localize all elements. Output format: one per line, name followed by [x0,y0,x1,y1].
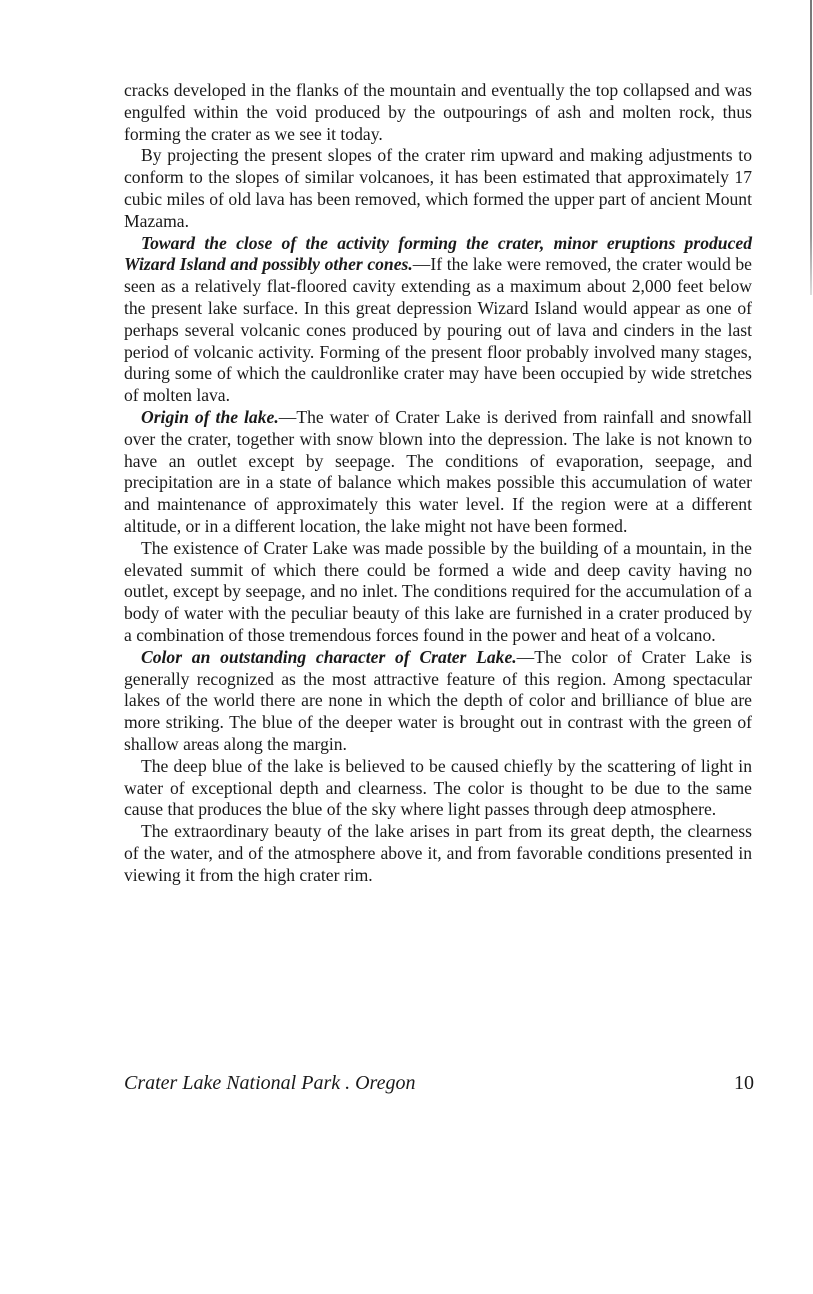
paragraph-crater-formation: cracks developed in the flanks of the mo… [124,80,752,145]
paragraph-origin-of-lake: Origin of the lake.—The water of Crater … [124,407,752,538]
paragraph-deep-blue: The deep blue of the lake is believed to… [124,756,752,821]
paragraph-heading: Color an outstanding character of Crater… [141,647,517,667]
paragraph-text: —If the lake were removed, the crater wo… [124,254,752,405]
paragraph-heading: Origin of the lake. [141,407,279,427]
paragraph-text: The extraordinary beauty of the lake ari… [124,821,752,885]
paragraph-beauty: The extraordinary beauty of the lake ari… [124,821,752,886]
document-body: cracks developed in the flanks of the mo… [124,80,752,886]
paragraph-text: The deep blue of the lake is believed to… [124,756,752,820]
page-footer: Crater Lake National Park . Oregon 10 [124,1072,754,1095]
paragraph-wizard-island: Toward the close of the activity forming… [124,233,752,407]
page-edge-line [810,0,812,295]
paragraph-existence: The existence of Crater Lake was made po… [124,538,752,647]
paragraph-text: By projecting the present slopes of the … [124,145,752,230]
paragraph-lava-removed: By projecting the present slopes of the … [124,145,752,232]
paragraph-color: Color an outstanding character of Crater… [124,647,752,756]
footer-title: Crater Lake National Park . Oregon [124,1072,415,1095]
paragraph-text: The existence of Crater Lake was made po… [124,538,752,645]
page-number: 10 [734,1072,754,1095]
paragraph-text: cracks developed in the flanks of the mo… [124,80,752,144]
